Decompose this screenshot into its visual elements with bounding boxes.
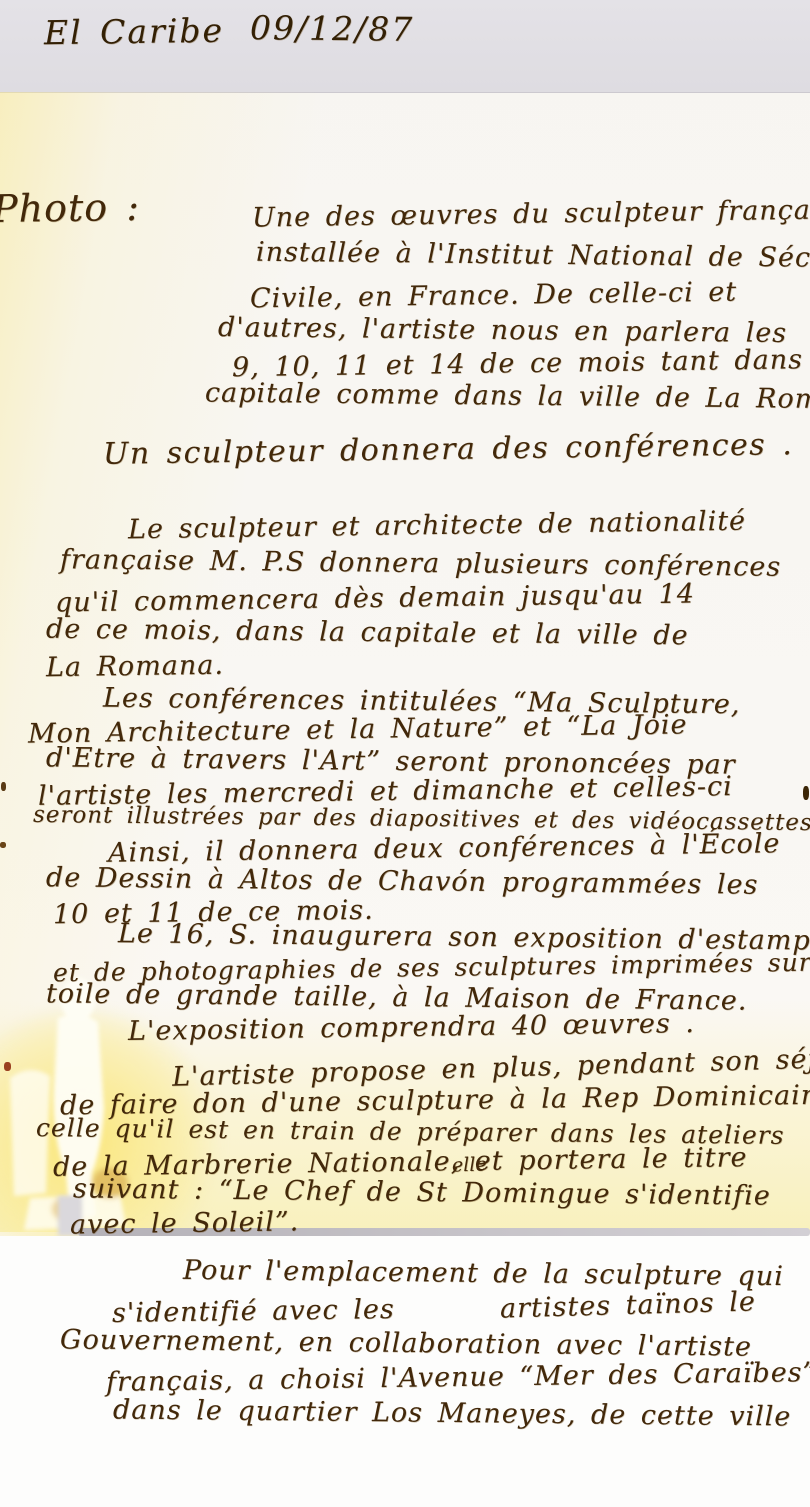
publication-name: El Caribe bbox=[44, 11, 225, 53]
paragraph-line: suivant : “Le Chef de St Domingue s'iden… bbox=[73, 1173, 771, 1211]
ink-speck bbox=[4, 1062, 11, 1071]
manuscript-scan: El Caribe 09/12/87 Photo : Une des œuvre… bbox=[0, 0, 810, 1507]
ink-speck bbox=[0, 842, 6, 848]
caption-line: d'autres, l'artiste nous en parlera les bbox=[218, 312, 787, 349]
date-written: 09/12/87 bbox=[250, 8, 415, 49]
paragraph-line: La Romana. bbox=[46, 650, 224, 683]
paragraph-line: s'identifié avec les bbox=[112, 1294, 395, 1329]
caption-line: installée à l'Institut National de Sécur… bbox=[256, 237, 810, 275]
paragraph-line: Ainsi, il donnera deux conférences à l'É… bbox=[108, 828, 781, 868]
photo-caption-label: Photo : bbox=[0, 185, 140, 231]
paragraph-line: avec le Soleil”. bbox=[70, 1206, 300, 1240]
caption-line: Une des œuvres du sculpteur français P. … bbox=[252, 193, 810, 233]
paragraph-line: française M. P.S donnera plusieurs confé… bbox=[60, 544, 781, 583]
paragraph-line: de Dessin à Altos de Chavón programmées … bbox=[46, 862, 759, 900]
ink-speck bbox=[803, 786, 809, 800]
paragraph-line: qu'il commencera dès demain jusqu'au 14 bbox=[55, 579, 695, 619]
caption-line: Civile, en France. De celle-ci et bbox=[250, 277, 738, 315]
article-headline: Un sculpteur donnera des conférences . bbox=[103, 427, 794, 472]
inserted-word: elle bbox=[452, 1154, 487, 1177]
paragraph-line: de ce mois, dans la capitale et la ville… bbox=[46, 614, 689, 652]
paragraph-line: L'exposition comprendra 40 œuvres . bbox=[128, 1008, 695, 1047]
ink-speck bbox=[1, 782, 6, 791]
caption-line: capitale comme dans la ville de La Roman… bbox=[205, 377, 810, 415]
caption-line: 9, 10, 11 et 14 de ce mois tant dans la bbox=[232, 344, 810, 384]
paragraph-line: Le sculpteur et architecte de nationalit… bbox=[128, 506, 746, 546]
paragraph-line: Pour l'emplacement de la sculpture qui bbox=[183, 1255, 784, 1292]
